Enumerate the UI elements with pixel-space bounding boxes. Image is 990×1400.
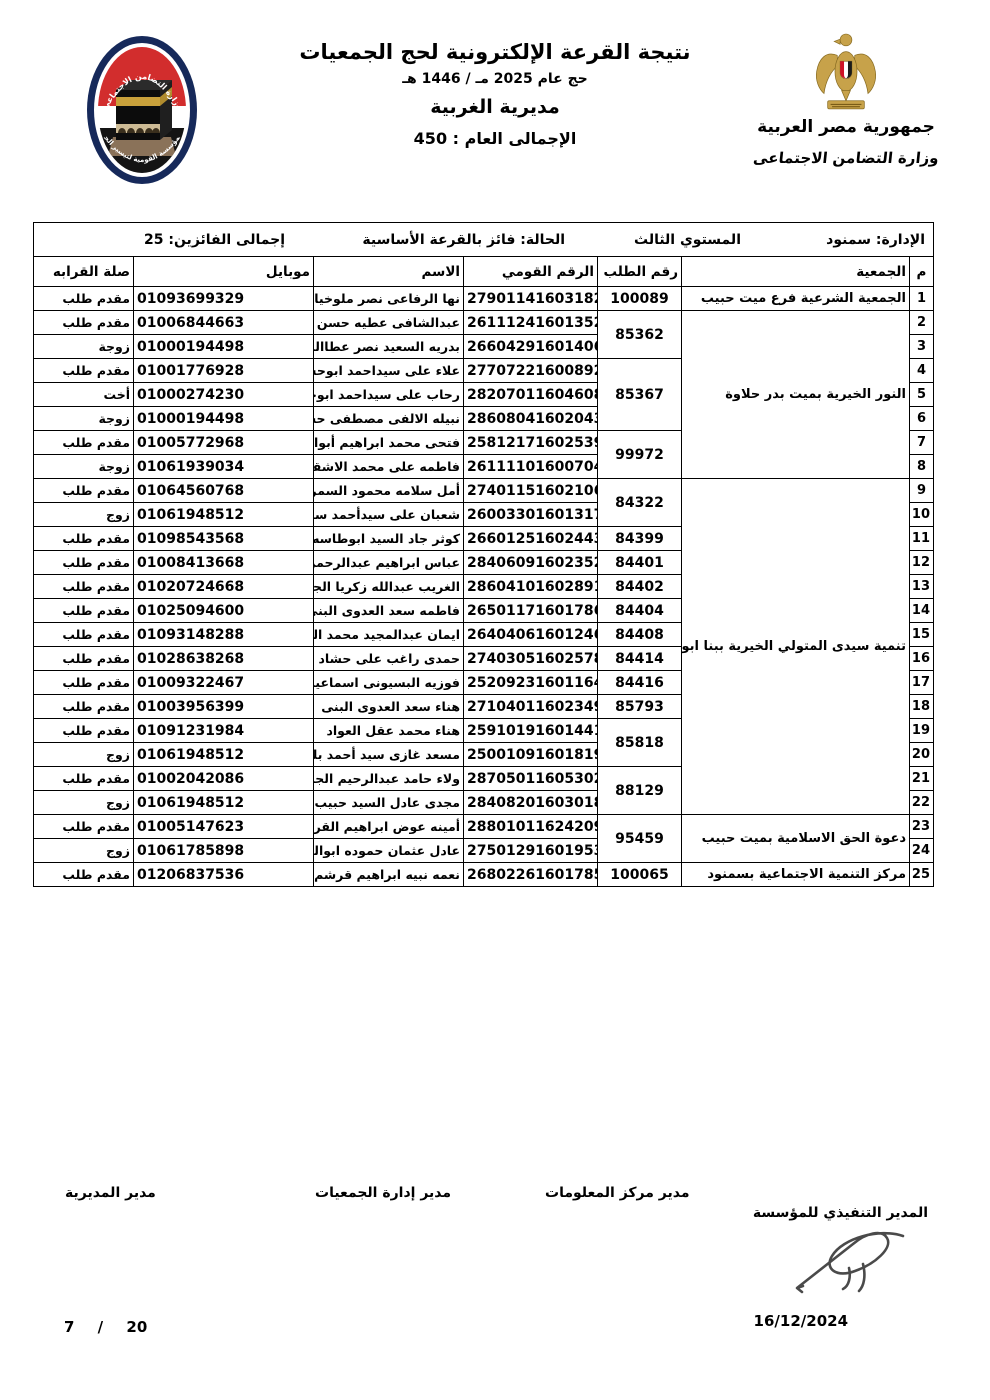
name-cell: علاء على سيداحمد ابوحسين <box>314 359 464 383</box>
relation-cell: زوج <box>34 503 134 527</box>
national-id-cell: 28604101602891 <box>464 575 598 599</box>
mobile-cell: 01001776928 <box>134 359 314 383</box>
table-row: 23 دعوة الحق الاسلامية بميت حبيب 95459 2… <box>34 815 934 839</box>
table-row: 25 مركز التنمية الاجتماعية بسمنود 100065… <box>34 863 934 887</box>
relation-cell: أخت <box>34 383 134 407</box>
request-no-cell: 84404 <box>598 599 682 623</box>
name-cell: الغريب عبدالله زكريا الجبالى <box>314 575 464 599</box>
serial-cell: 22 <box>910 791 934 815</box>
relation-cell: مقدم طلب <box>34 719 134 743</box>
relation-cell: زوجة <box>34 455 134 479</box>
national-id-cell: 26404061601246 <box>464 623 598 647</box>
national-id-cell: 27401151602106 <box>464 479 598 503</box>
relation-cell: مقدم طلب <box>34 575 134 599</box>
request-no-cell: 85793 <box>598 695 682 719</box>
mobile-cell: 01061948512 <box>134 503 314 527</box>
relation-cell: زوجة <box>34 407 134 431</box>
relation-cell: مقدم طلب <box>34 623 134 647</box>
signature-directorate-manager: مدير المديرية <box>65 1185 156 1201</box>
national-id-cell: 26802261601785 <box>464 863 598 887</box>
national-id-cell: 28608041602043 <box>464 407 598 431</box>
association-cell: دعوة الحق الاسلامية بميت حبيب <box>682 815 910 863</box>
request-no-cell: 100065 <box>598 863 682 887</box>
name-cell: ولاء حامد عبدالرحيم الجبالى <box>314 767 464 791</box>
col-header-request-no: رقم الطلب <box>598 257 682 287</box>
name-cell: عبدالشافى عطيه حسن النجار <box>314 311 464 335</box>
table-row: 9 تنمية سيدى المتولي الخيرية ببنا ابوصير… <box>34 479 934 503</box>
national-id-cell: 28406091602352 <box>464 551 598 575</box>
mobile-cell: 01064560768 <box>134 479 314 503</box>
relation-cell: مقدم طلب <box>34 359 134 383</box>
serial-cell: 19 <box>910 719 934 743</box>
national-id-cell: 27501291601953 <box>464 839 598 863</box>
mobile-cell: 01003956399 <box>134 695 314 719</box>
mobile-cell: 01061939034 <box>134 455 314 479</box>
mobile-cell: 01002042086 <box>134 767 314 791</box>
mobile-cell: 01093148288 <box>134 623 314 647</box>
page-total: 20 <box>126 1318 147 1336</box>
relation-cell: زوج <box>34 743 134 767</box>
table-row: 2 النور الخيرية بميت بدر حلاوة 85362 261… <box>34 311 934 335</box>
col-header-name: الاسم <box>314 257 464 287</box>
national-id-cell: 28705011605302 <box>464 767 598 791</box>
egypt-eagle-emblem <box>813 26 879 114</box>
request-no-cell: 84399 <box>598 527 682 551</box>
name-cell: ايمان عبدالمجيد محمد الحداد <box>314 623 464 647</box>
relation-cell: مقدم طلب <box>34 599 134 623</box>
national-id-cell: 27901141603182 <box>464 287 598 311</box>
mobile-cell: 01005147623 <box>134 815 314 839</box>
national-id-cell: 28408201603018 <box>464 791 598 815</box>
mobile-cell: 01061948512 <box>134 743 314 767</box>
mobile-cell: 01061785898 <box>134 839 314 863</box>
serial-cell: 12 <box>910 551 934 575</box>
request-no-cell: 84408 <box>598 623 682 647</box>
ministry-header: جمهورية مصر العربية وزارة التضامن الاجتم… <box>726 26 966 167</box>
name-cell: بدريه السعيد نصر عطاالله <box>314 335 464 359</box>
national-id-cell: 25812171602539 <box>464 431 598 455</box>
name-cell: فاطمه على محمد الاشقر <box>314 455 464 479</box>
mobile-cell: 01006844663 <box>134 311 314 335</box>
serial-cell: 24 <box>910 839 934 863</box>
relation-cell: مقدم طلب <box>34 311 134 335</box>
association-cell: تنمية سيدى المتولي الخيرية ببنا ابوصير <box>682 479 910 815</box>
serial-cell: 15 <box>910 623 934 647</box>
name-cell: فوزيه البسيونى اسماعيل الغباشى <box>314 671 464 695</box>
col-header-national-id: الرقم القومي <box>464 257 598 287</box>
page-number: 7 / 20 <box>55 1318 156 1336</box>
results-table-wrapper: الإدارة: سمنود المستوي الثالث الحالة: فا… <box>33 222 934 887</box>
relation-cell: مقدم طلب <box>34 767 134 791</box>
request-no-cell: 85818 <box>598 719 682 767</box>
name-cell: فاطمه سعد العدوى البنى <box>314 599 464 623</box>
serial-cell: 8 <box>910 455 934 479</box>
mobile-cell: 01093699329 <box>134 287 314 311</box>
col-header-mobile: موبايل <box>134 257 314 287</box>
serial-cell: 2 <box>910 311 934 335</box>
mobile-cell: 01091231984 <box>134 719 314 743</box>
request-no-cell: 100089 <box>598 287 682 311</box>
serial-cell: 1 <box>910 287 934 311</box>
col-header-serial: م <box>910 257 934 287</box>
relation-cell: مقدم طلب <box>34 551 134 575</box>
request-no-cell: 84416 <box>598 671 682 695</box>
national-id-cell: 25910191601441 <box>464 719 598 743</box>
serial-cell: 21 <box>910 767 934 791</box>
mobile-cell: 01206837536 <box>134 863 314 887</box>
name-cell: نعمه نبيه ابراهيم قرشم <box>314 863 464 887</box>
national-id-cell: 27403051602578 <box>464 647 598 671</box>
serial-cell: 23 <box>910 815 934 839</box>
page-separator: / <box>98 1318 103 1336</box>
request-no-cell: 95459 <box>598 815 682 863</box>
serial-cell: 3 <box>910 335 934 359</box>
document-date: 16/12/2024 <box>754 1312 848 1330</box>
mobile-cell: 01008413668 <box>134 551 314 575</box>
association-cell: مركز التنمية الاجتماعية بسمنود <box>682 863 910 887</box>
relation-cell: مقدم طلب <box>34 479 134 503</box>
name-cell: حمدى راغب على حشاد <box>314 647 464 671</box>
mobile-cell: 01098543568 <box>134 527 314 551</box>
serial-cell: 16 <box>910 647 934 671</box>
mobile-cell: 01025094600 <box>134 599 314 623</box>
relation-cell: مقدم طلب <box>34 287 134 311</box>
serial-cell: 18 <box>910 695 934 719</box>
level-label: المستوي الثالث <box>634 223 741 257</box>
signature-executive-director: المدير التنفيذي للمؤسسة <box>753 1205 928 1221</box>
administration-label: الإدارة: سمنود <box>826 223 925 257</box>
serial-cell: 9 <box>910 479 934 503</box>
mobile-cell: 01020724668 <box>134 575 314 599</box>
national-id-cell: 25209231601164 <box>464 671 598 695</box>
name-cell: أمينه عوض ابراهيم القرموط <box>314 815 464 839</box>
request-no-cell: 84414 <box>598 647 682 671</box>
name-cell: عباس ابراهيم عبدالرحمن الجندى <box>314 551 464 575</box>
national-id-cell: 25001091601819 <box>464 743 598 767</box>
signature-info-center-manager: مدير مركز المعلومات <box>545 1185 690 1201</box>
serial-cell: 17 <box>910 671 934 695</box>
info-bar: الإدارة: سمنود المستوي الثالث الحالة: فا… <box>34 223 934 257</box>
name-cell: رحاب على سيداحمد ابوحسين <box>314 383 464 407</box>
national-id-cell: 26003301601317 <box>464 503 598 527</box>
name-cell: فتحى محمد ابراهيم أبوالنى <box>314 431 464 455</box>
mobile-cell: 01000194498 <box>134 407 314 431</box>
relation-cell: زوج <box>34 839 134 863</box>
name-cell: أمل سلامه محمود السمراوى <box>314 479 464 503</box>
col-header-association: الجمعية <box>682 257 910 287</box>
table-row: 1 الجمعية الشرعية فرع ميت حبيب 100089 27… <box>34 287 934 311</box>
relation-cell: مقدم طلب <box>34 863 134 887</box>
name-cell: نبيله الالفى مصطفى حسين <box>314 407 464 431</box>
status-label: الحالة: فائز بالقرعة الأساسية <box>362 223 565 257</box>
request-no-cell: 84401 <box>598 551 682 575</box>
relation-cell: مقدم طلب <box>34 431 134 455</box>
serial-cell: 7 <box>910 431 934 455</box>
col-header-relation: صلة القرابه <box>34 257 134 287</box>
name-cell: مجدى عادل السيد حبيب <box>314 791 464 815</box>
association-cell: الجمعية الشرعية فرع ميت حبيب <box>682 287 910 311</box>
document-page: وزارة التضامن الاجتماعي المؤسسة القومية … <box>0 0 990 1400</box>
serial-cell: 6 <box>910 407 934 431</box>
mobile-cell: 01000274230 <box>134 383 314 407</box>
relation-cell: مقدم طلب <box>34 527 134 551</box>
relation-cell: مقدم طلب <box>34 815 134 839</box>
national-id-cell: 26601251602443 <box>464 527 598 551</box>
national-id-cell: 26604291601406 <box>464 335 598 359</box>
national-id-cell: 28801011624209 <box>464 815 598 839</box>
serial-cell: 11 <box>910 527 934 551</box>
association-cell: النور الخيرية بميت بدر حلاوة <box>682 311 910 479</box>
mobile-cell: 01009322467 <box>134 671 314 695</box>
name-cell: هناء محمد عقل العواد <box>314 719 464 743</box>
relation-cell: زوج <box>34 791 134 815</box>
request-no-cell: 99972 <box>598 431 682 479</box>
serial-cell: 10 <box>910 503 934 527</box>
national-id-cell: 28207011604608 <box>464 383 598 407</box>
relation-cell: مقدم طلب <box>34 695 134 719</box>
request-no-cell: 85367 <box>598 359 682 431</box>
national-id-cell: 26111241601352 <box>464 311 598 335</box>
request-no-cell: 84322 <box>598 479 682 527</box>
total-winners-label: إجمالى الفائزين: 25 <box>144 223 285 257</box>
serial-cell: 14 <box>910 599 934 623</box>
relation-cell: مقدم طلب <box>34 647 134 671</box>
request-no-cell: 84402 <box>598 575 682 599</box>
page-current: 7 <box>64 1318 74 1336</box>
national-id-cell: 26501171601786 <box>464 599 598 623</box>
mobile-cell: 01000194498 <box>134 335 314 359</box>
serial-cell: 20 <box>910 743 934 767</box>
national-id-cell: 27707221600892 <box>464 359 598 383</box>
request-no-cell: 85362 <box>598 311 682 359</box>
relation-cell: مقدم طلب <box>34 671 134 695</box>
name-cell: عادل عثمان حموده ابوالسعود <box>314 839 464 863</box>
signature-associations-dept-manager: مدير إدارة الجمعيات <box>315 1185 451 1201</box>
serial-cell: 25 <box>910 863 934 887</box>
request-no-cell: 88129 <box>598 767 682 815</box>
name-cell: مسعد غازى سيد أحمد بلحه <box>314 743 464 767</box>
mobile-cell: 01005772968 <box>134 431 314 455</box>
name-cell: شعبان على سيدأحمد سلامه <box>314 503 464 527</box>
serial-cell: 4 <box>910 359 934 383</box>
republic-name: جمهورية مصر العربية <box>726 117 966 137</box>
name-cell: نها الرفاعى نصر ملوخيا <box>314 287 464 311</box>
serial-cell: 13 <box>910 575 934 599</box>
mobile-cell: 01028638268 <box>134 647 314 671</box>
name-cell: هناء سعد العدوى البنى <box>314 695 464 719</box>
serial-cell: 5 <box>910 383 934 407</box>
results-table: الإدارة: سمنود المستوي الثالث الحالة: فا… <box>33 222 934 887</box>
name-cell: كوثر جاد السيد ابوطاسه <box>314 527 464 551</box>
national-id-cell: 27104011602349 <box>464 695 598 719</box>
national-id-cell: 26111101600704 <box>464 455 598 479</box>
mobile-cell: 01061948512 <box>134 791 314 815</box>
ministry-name: وزارة التضامن الاجتماعى <box>725 149 967 167</box>
relation-cell: زوجة <box>34 335 134 359</box>
signature-scribble <box>783 1226 918 1318</box>
